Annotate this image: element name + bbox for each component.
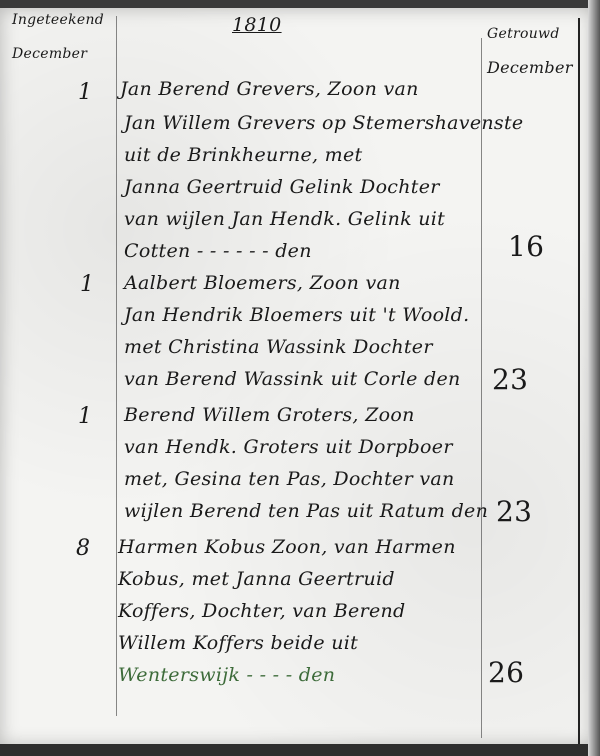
right-column-heading: Getrouwd December: [487, 26, 573, 76]
year-heading: 1810: [232, 14, 282, 36]
page-edge-rule: [578, 18, 580, 753]
left-column-heading: Ingeteekend December: [12, 12, 104, 62]
heading-december-left: December: [12, 46, 104, 62]
scan-right-border: [588, 0, 600, 756]
entry-1-line-5: van wijlen Jan Hendk. Gelink uit: [124, 208, 445, 230]
entry-1-line-1: Jan Berend Grevers, Zoon van: [120, 78, 419, 100]
entry-4-line-5: Wenterswijk - - - - den: [118, 664, 335, 686]
entry-1-line-6: Cotten - - - - - - den: [124, 240, 312, 262]
heading-ingeteekend: Ingeteekend: [12, 12, 104, 28]
entry-1-registered-day: 1: [78, 80, 92, 105]
entry-2-line-1: Aalbert Bloemers, Zoon van: [124, 272, 401, 294]
entry-3-line-2: van Hendk. Groters uit Dorpboer: [124, 436, 453, 458]
heading-getrouwd: Getrouwd: [487, 26, 573, 42]
entry-2-registered-day: 1: [80, 272, 94, 297]
heading-december-right: December: [487, 60, 573, 76]
entry-4-line-4: Willem Koffers beide uit: [118, 632, 358, 654]
entry-1-line-3: uit de Brinkheurne, met: [124, 144, 362, 166]
entry-3-line-3: met, Gesina ten Pas, Dochter van: [124, 468, 455, 490]
entry-3-married-day: 23: [496, 495, 532, 528]
entry-2-line-2: Jan Hendrik Bloemers uit 't Woold.: [124, 304, 469, 326]
entry-2-married-day: 23: [492, 363, 528, 396]
entry-4-line-1: Harmen Kobus Zoon, van Harmen: [118, 536, 456, 558]
entry-3-line-1: Berend Willem Groters, Zoon: [124, 404, 415, 426]
entry-4-married-day: 26: [488, 656, 524, 689]
entry-2-line-4: van Berend Wassink uit Corle den: [124, 368, 461, 390]
entry-1-married-day: 16: [508, 230, 544, 263]
register-page: Ingeteekend December 1810 Getrouwd Decem…: [0, 8, 592, 746]
entry-3-registered-day: 1: [78, 404, 92, 429]
column-rule-right: [481, 38, 482, 738]
entry-2-line-3: met Christina Wassink Dochter: [124, 336, 433, 358]
entry-4-line-2: Kobus, met Janna Geertruid: [118, 568, 395, 590]
entry-4-registered-day: 8: [76, 536, 90, 561]
entry-4-line-3: Koffers, Dochter, van Berend: [118, 600, 406, 622]
column-rule-left: [116, 16, 117, 716]
entry-1-line-4: Janna Geertruid Gelink Dochter: [124, 176, 440, 198]
entry-3-line-4: wijlen Berend ten Pas uit Ratum den: [124, 500, 488, 522]
entry-1-line-2: Jan Willem Grevers op Stemershavenste: [124, 112, 523, 134]
scan-bottom-border: [0, 744, 600, 756]
